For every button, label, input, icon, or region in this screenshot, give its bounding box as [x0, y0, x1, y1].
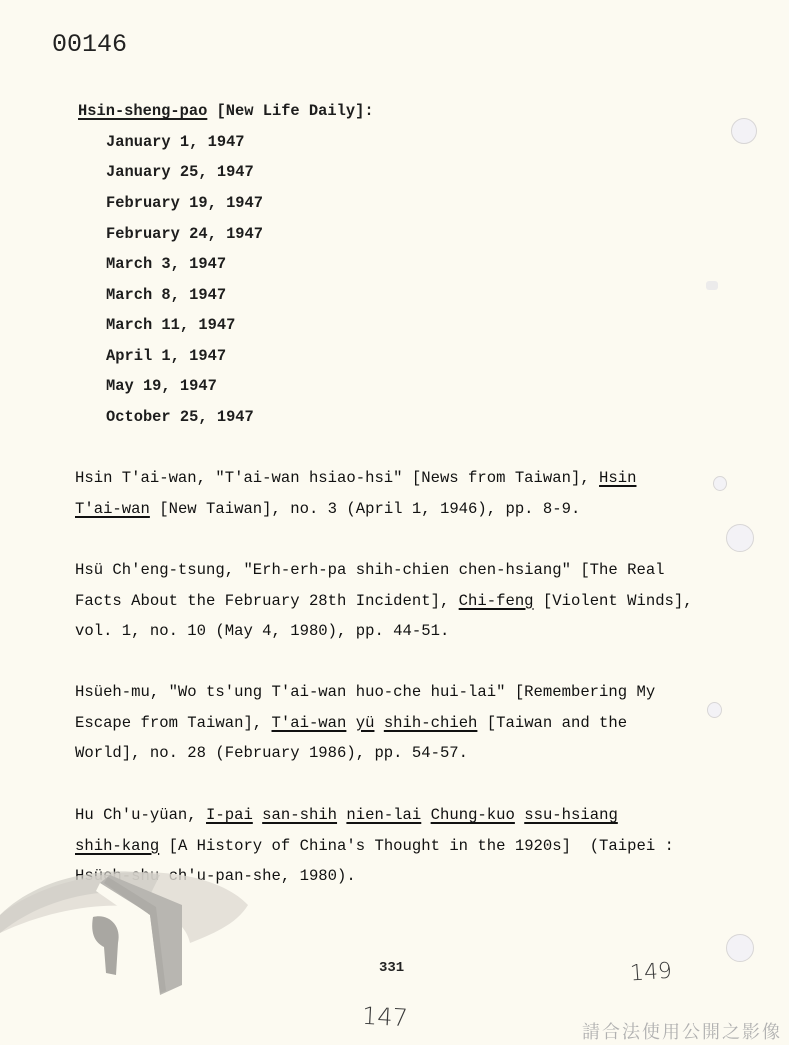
- underlined-title: yü: [356, 714, 375, 732]
- newspaper-date: May 19, 1947: [106, 379, 217, 394]
- bibliography-entry-line: shih-kang [A History of China's Thought …: [75, 839, 674, 855]
- newspaper-date: February 24, 1947: [106, 227, 263, 242]
- document-page: 00146 Hsin-sheng-pao [New Life Daily]: J…: [0, 0, 789, 1045]
- entry-text: [346, 714, 355, 732]
- bibliography-entry-line: T'ai-wan [New Taiwan], no. 3 (April 1, 1…: [75, 502, 580, 518]
- punch-hole: [707, 702, 722, 718]
- document-number: 00146: [52, 30, 127, 59]
- footer-stamp: 請合法使用公開之影像: [582, 1018, 782, 1044]
- entry-text: [421, 806, 430, 824]
- newspaper-title: Hsin-sheng-pao: [78, 102, 207, 120]
- bibliography-entry-line: Facts About the February 28th Incident],…: [75, 594, 693, 610]
- underlined-title: T'ai-wan: [75, 500, 150, 518]
- underlined-title: Hsin: [599, 469, 636, 487]
- entry-text: Hsüeh-shu ch'u-pan-she, 1980).: [75, 867, 356, 885]
- underlined-title: shih-chieh: [384, 714, 478, 732]
- entry-text: [Taiwan and the: [477, 714, 627, 732]
- underlined-title: Chi-feng: [459, 592, 534, 610]
- entry-text: Hu Ch'u-yüan,: [75, 806, 206, 824]
- bibliography-entry-line: Hsüeh-mu, "Wo ts'ung T'ai-wan huo-che hu…: [75, 685, 655, 701]
- entry-text: Hsin T'ai-wan, "T'ai-wan hsiao-hsi" [New…: [75, 469, 599, 487]
- bibliography-entry-line: Hu Ch'u-yüan, I-pai san-shih nien-lai Ch…: [75, 808, 618, 824]
- bibliography-entry-line: vol. 1, no. 10 (May 4, 1980), pp. 44-51.: [75, 624, 449, 640]
- bibliography-entry-line: Hsü Ch'eng-tsung, "Erh-erh-pa shih-chien…: [75, 563, 665, 579]
- underlined-title: I-pai: [206, 806, 253, 824]
- entry-text: Escape from Taiwan],: [75, 714, 272, 732]
- entry-text: World], no. 28 (February 1986), pp. 54-5…: [75, 744, 468, 762]
- newspaper-heading: Hsin-sheng-pao [New Life Daily]:: [78, 104, 374, 119]
- entry-text: Hsüeh-mu, "Wo ts'ung T'ai-wan huo-che hu…: [75, 683, 655, 701]
- handwritten-number: 147: [361, 1002, 408, 1032]
- underlined-title: shih-kang: [75, 837, 159, 855]
- newspaper-date: January 25, 1947: [106, 165, 254, 180]
- newspaper-date: March 8, 1947: [106, 288, 226, 303]
- bibliography-entry-line: World], no. 28 (February 1986), pp. 54-5…: [75, 746, 468, 762]
- newspaper-date: January 1, 1947: [106, 135, 245, 150]
- entry-text: Hsü Ch'eng-tsung, "Erh-erh-pa shih-chien…: [75, 561, 665, 579]
- punch-hole: [726, 524, 754, 552]
- entry-text: Facts About the February 28th Incident],: [75, 592, 459, 610]
- entry-text: [A History of China's Thought in the 192…: [159, 837, 674, 855]
- newspaper-date: March 11, 1947: [106, 318, 235, 333]
- entry-text: [337, 806, 346, 824]
- underlined-title: T'ai-wan: [272, 714, 347, 732]
- underlined-title: san-shih: [262, 806, 337, 824]
- paper-speck: [706, 281, 718, 290]
- newspaper-date: March 3, 1947: [106, 257, 226, 272]
- entry-text: [515, 806, 524, 824]
- newspaper-date: October 25, 1947: [106, 410, 254, 425]
- bibliography-entry-line: Escape from Taiwan], T'ai-wan yü shih-ch…: [75, 716, 627, 732]
- newspaper-date: February 19, 1947: [106, 196, 263, 211]
- underlined-title: nien-lai: [346, 806, 421, 824]
- entry-text: [New Taiwan], no. 3 (April 1, 1946), pp.…: [150, 500, 580, 518]
- bibliography-entry-line: Hsin T'ai-wan, "T'ai-wan hsiao-hsi" [New…: [75, 471, 636, 487]
- page-number: 331: [379, 960, 404, 976]
- underlined-title: Chung-kuo: [431, 806, 515, 824]
- entry-text: [253, 806, 262, 824]
- punch-hole: [713, 476, 727, 491]
- entry-text: vol. 1, no. 10 (May 4, 1980), pp. 44-51.: [75, 622, 449, 640]
- newspaper-date: April 1, 1947: [106, 349, 226, 364]
- newspaper-translation: [New Life Daily]:: [207, 102, 373, 120]
- punch-hole: [726, 934, 754, 962]
- entry-text: [Violent Winds],: [534, 592, 693, 610]
- handwritten-number: 149: [629, 959, 673, 987]
- punch-hole: [731, 118, 757, 144]
- entry-text: [374, 714, 383, 732]
- underlined-title: ssu-hsiang: [524, 806, 618, 824]
- bibliography-entry-line: Hsüeh-shu ch'u-pan-she, 1980).: [75, 869, 356, 885]
